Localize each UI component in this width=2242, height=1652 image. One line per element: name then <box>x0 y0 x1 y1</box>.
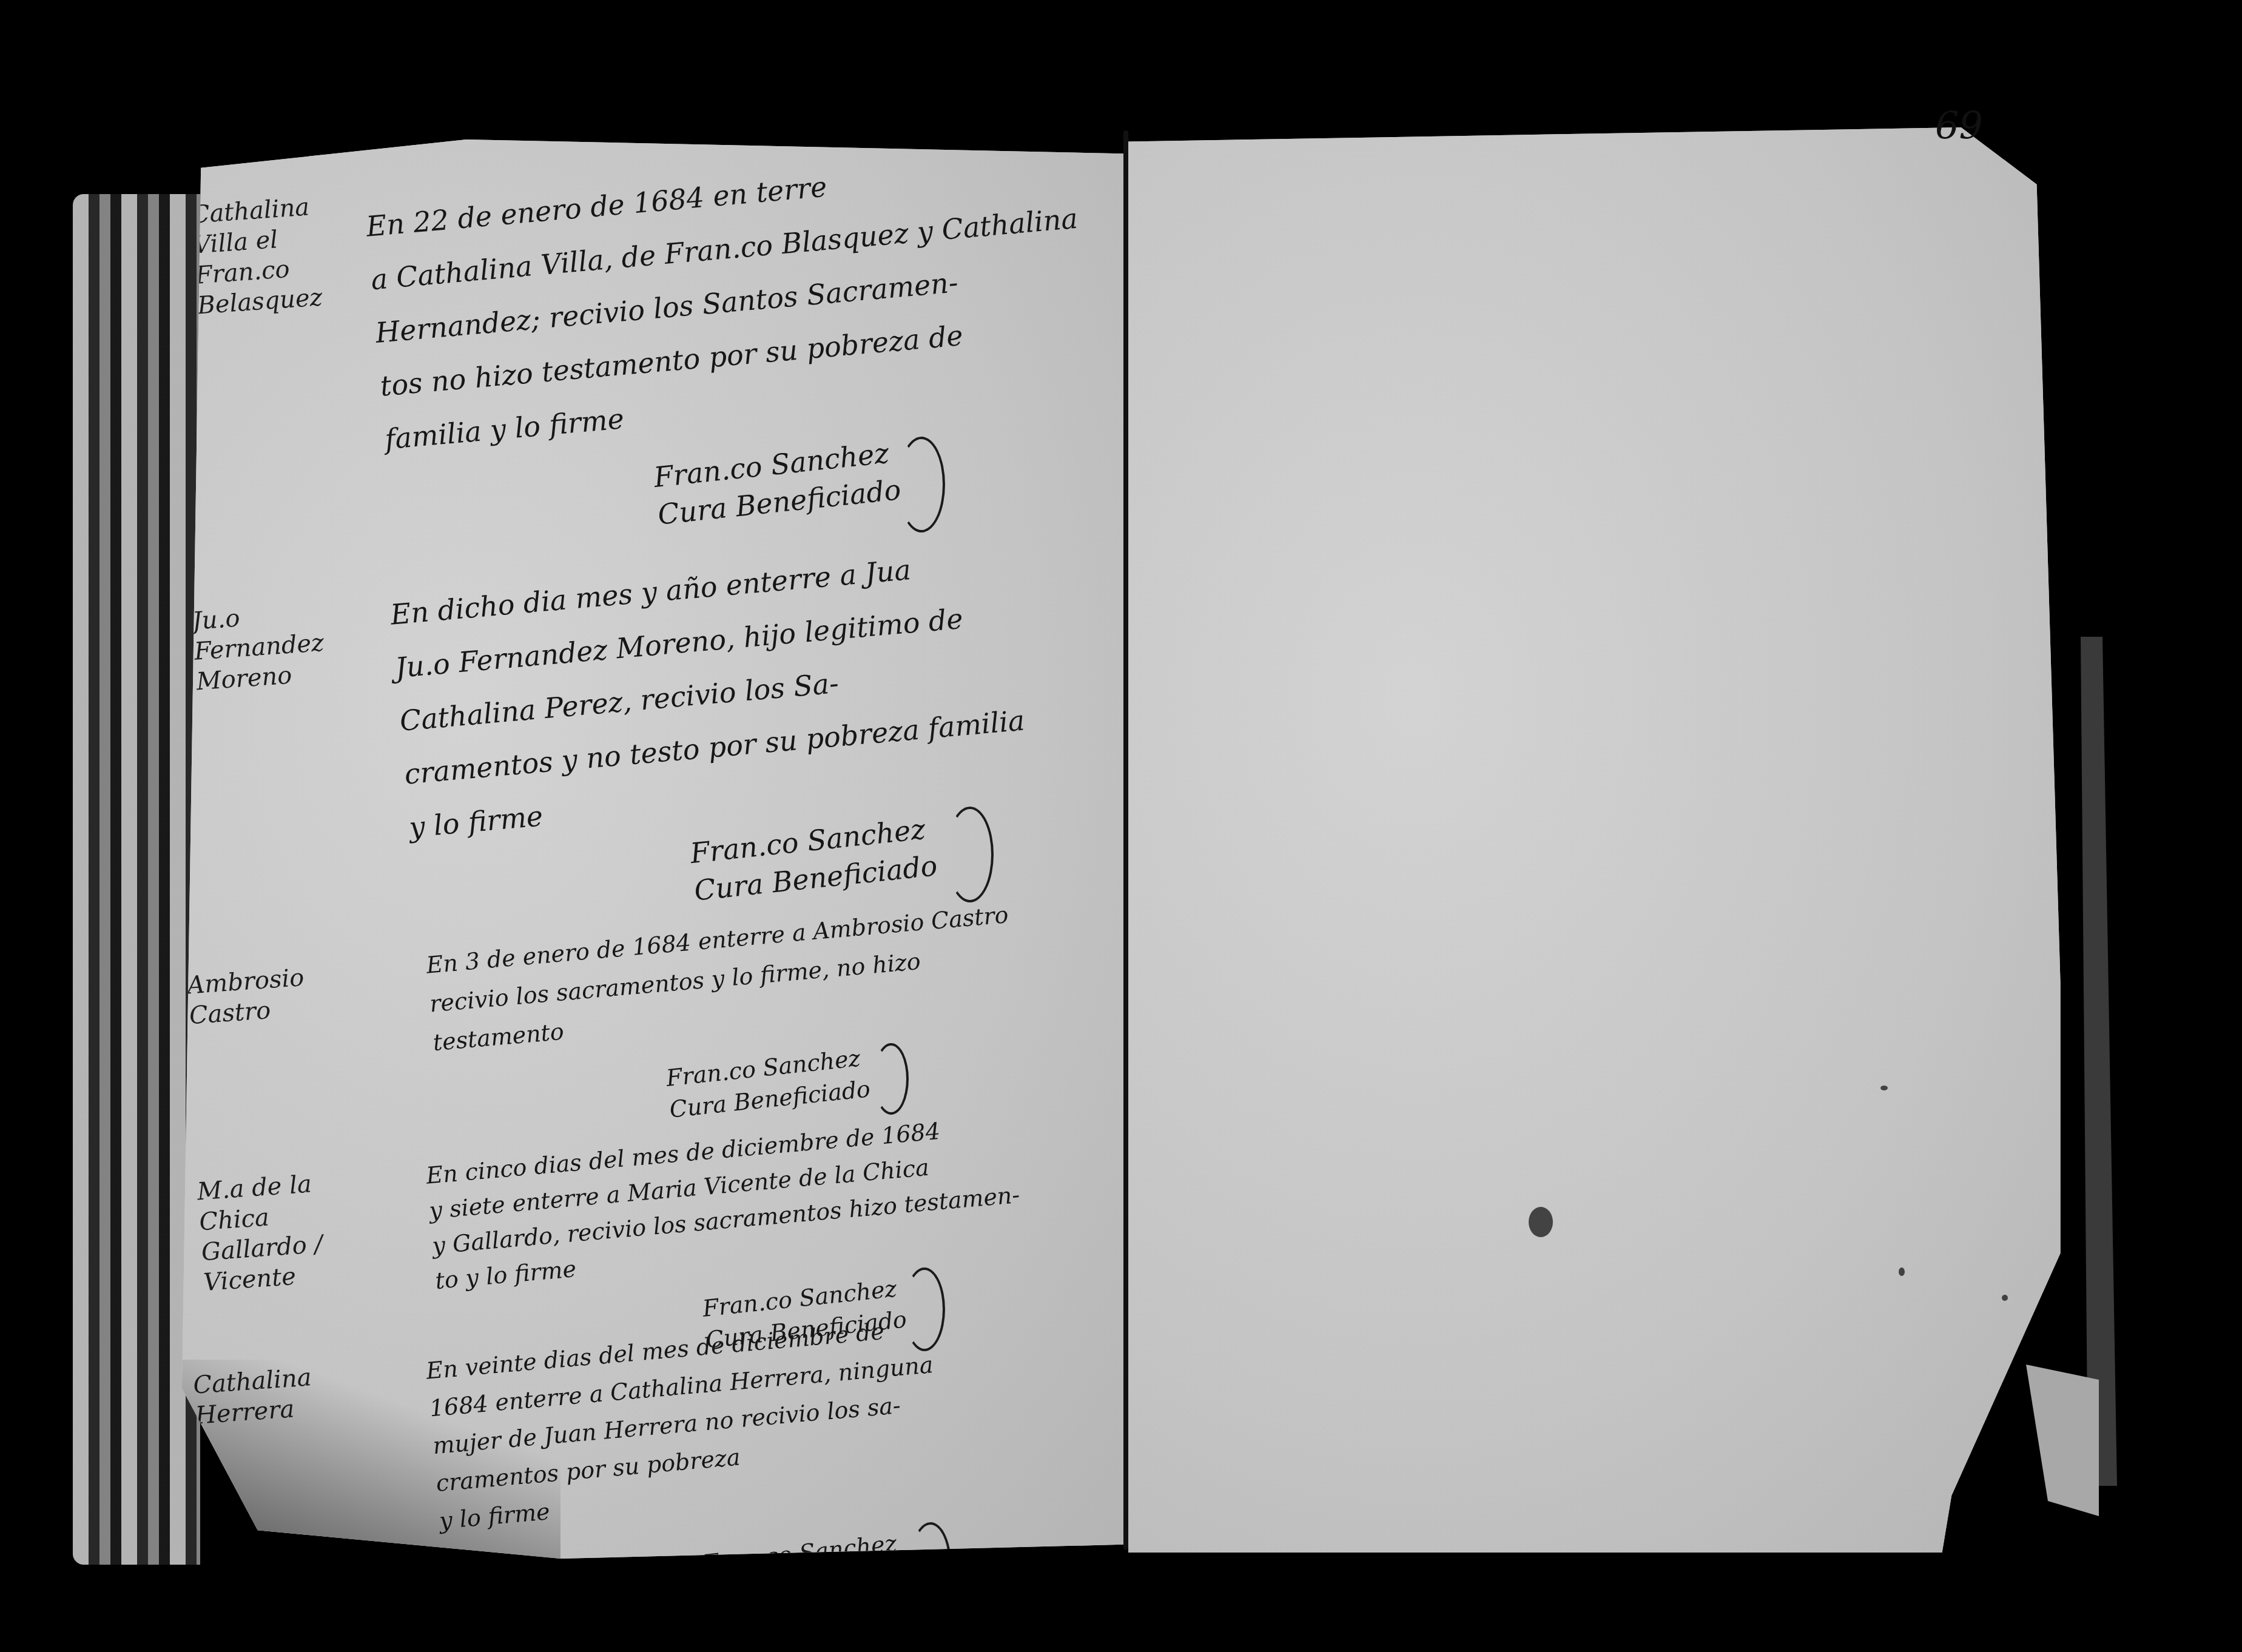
entry-margin-name: Cathalina Herrera <box>192 1358 366 1431</box>
signature-rubric-icon <box>898 437 945 532</box>
entry-margin-name: M.a de la Chica Gallardo / Vicente <box>196 1164 386 1298</box>
burial-entry-5: Cathalina Herrera En veinte dias del mes… <box>182 1340 1128 1652</box>
entry-margin-name: Cathalina Villa el Fran.co Belasquez <box>190 188 368 321</box>
right-page <box>1128 127 2075 1553</box>
entry-text: En 22 de enero de 1684 en terre a Cathal… <box>364 136 1113 466</box>
ink-speck <box>2002 1295 2008 1301</box>
scanned-document: Cathalina Villa el Fran.co Belasquez En … <box>0 0 2242 1652</box>
burial-entry-2: Ju.o Fernandez Moreno En dicho dia mes y… <box>182 552 1128 946</box>
folded-corner <box>2026 1365 2099 1516</box>
ink-speck <box>1880 1086 1888 1090</box>
ink-blot <box>1529 1207 1553 1237</box>
signature-rubric-icon <box>946 807 994 902</box>
book-spine-page-edges <box>73 194 200 1565</box>
burial-entry-1: Cathalina Villa el Fran.co Belasquez En … <box>182 139 1128 564</box>
signature-rubric-icon <box>910 1522 951 1606</box>
entry-text: En dicho dia mes y año enterre a Jua Ju.… <box>388 525 1137 854</box>
page-number: 69 <box>1935 103 1983 147</box>
entry-text: En 3 de enero de 1684 enterre a Ambrosio… <box>425 885 1129 1062</box>
ink-speck <box>1899 1268 1905 1276</box>
page-edge-shadow <box>2081 637 2117 1486</box>
signature-rubric-icon <box>874 1043 909 1115</box>
left-page: Cathalina Villa el Fran.co Belasquez En … <box>182 139 1128 1559</box>
entry-margin-name: Ambrosio Castro <box>186 958 372 1032</box>
entry-margin-name: Ju.o Fernandez Moreno <box>191 594 367 697</box>
book-gutter <box>1123 130 1128 1550</box>
